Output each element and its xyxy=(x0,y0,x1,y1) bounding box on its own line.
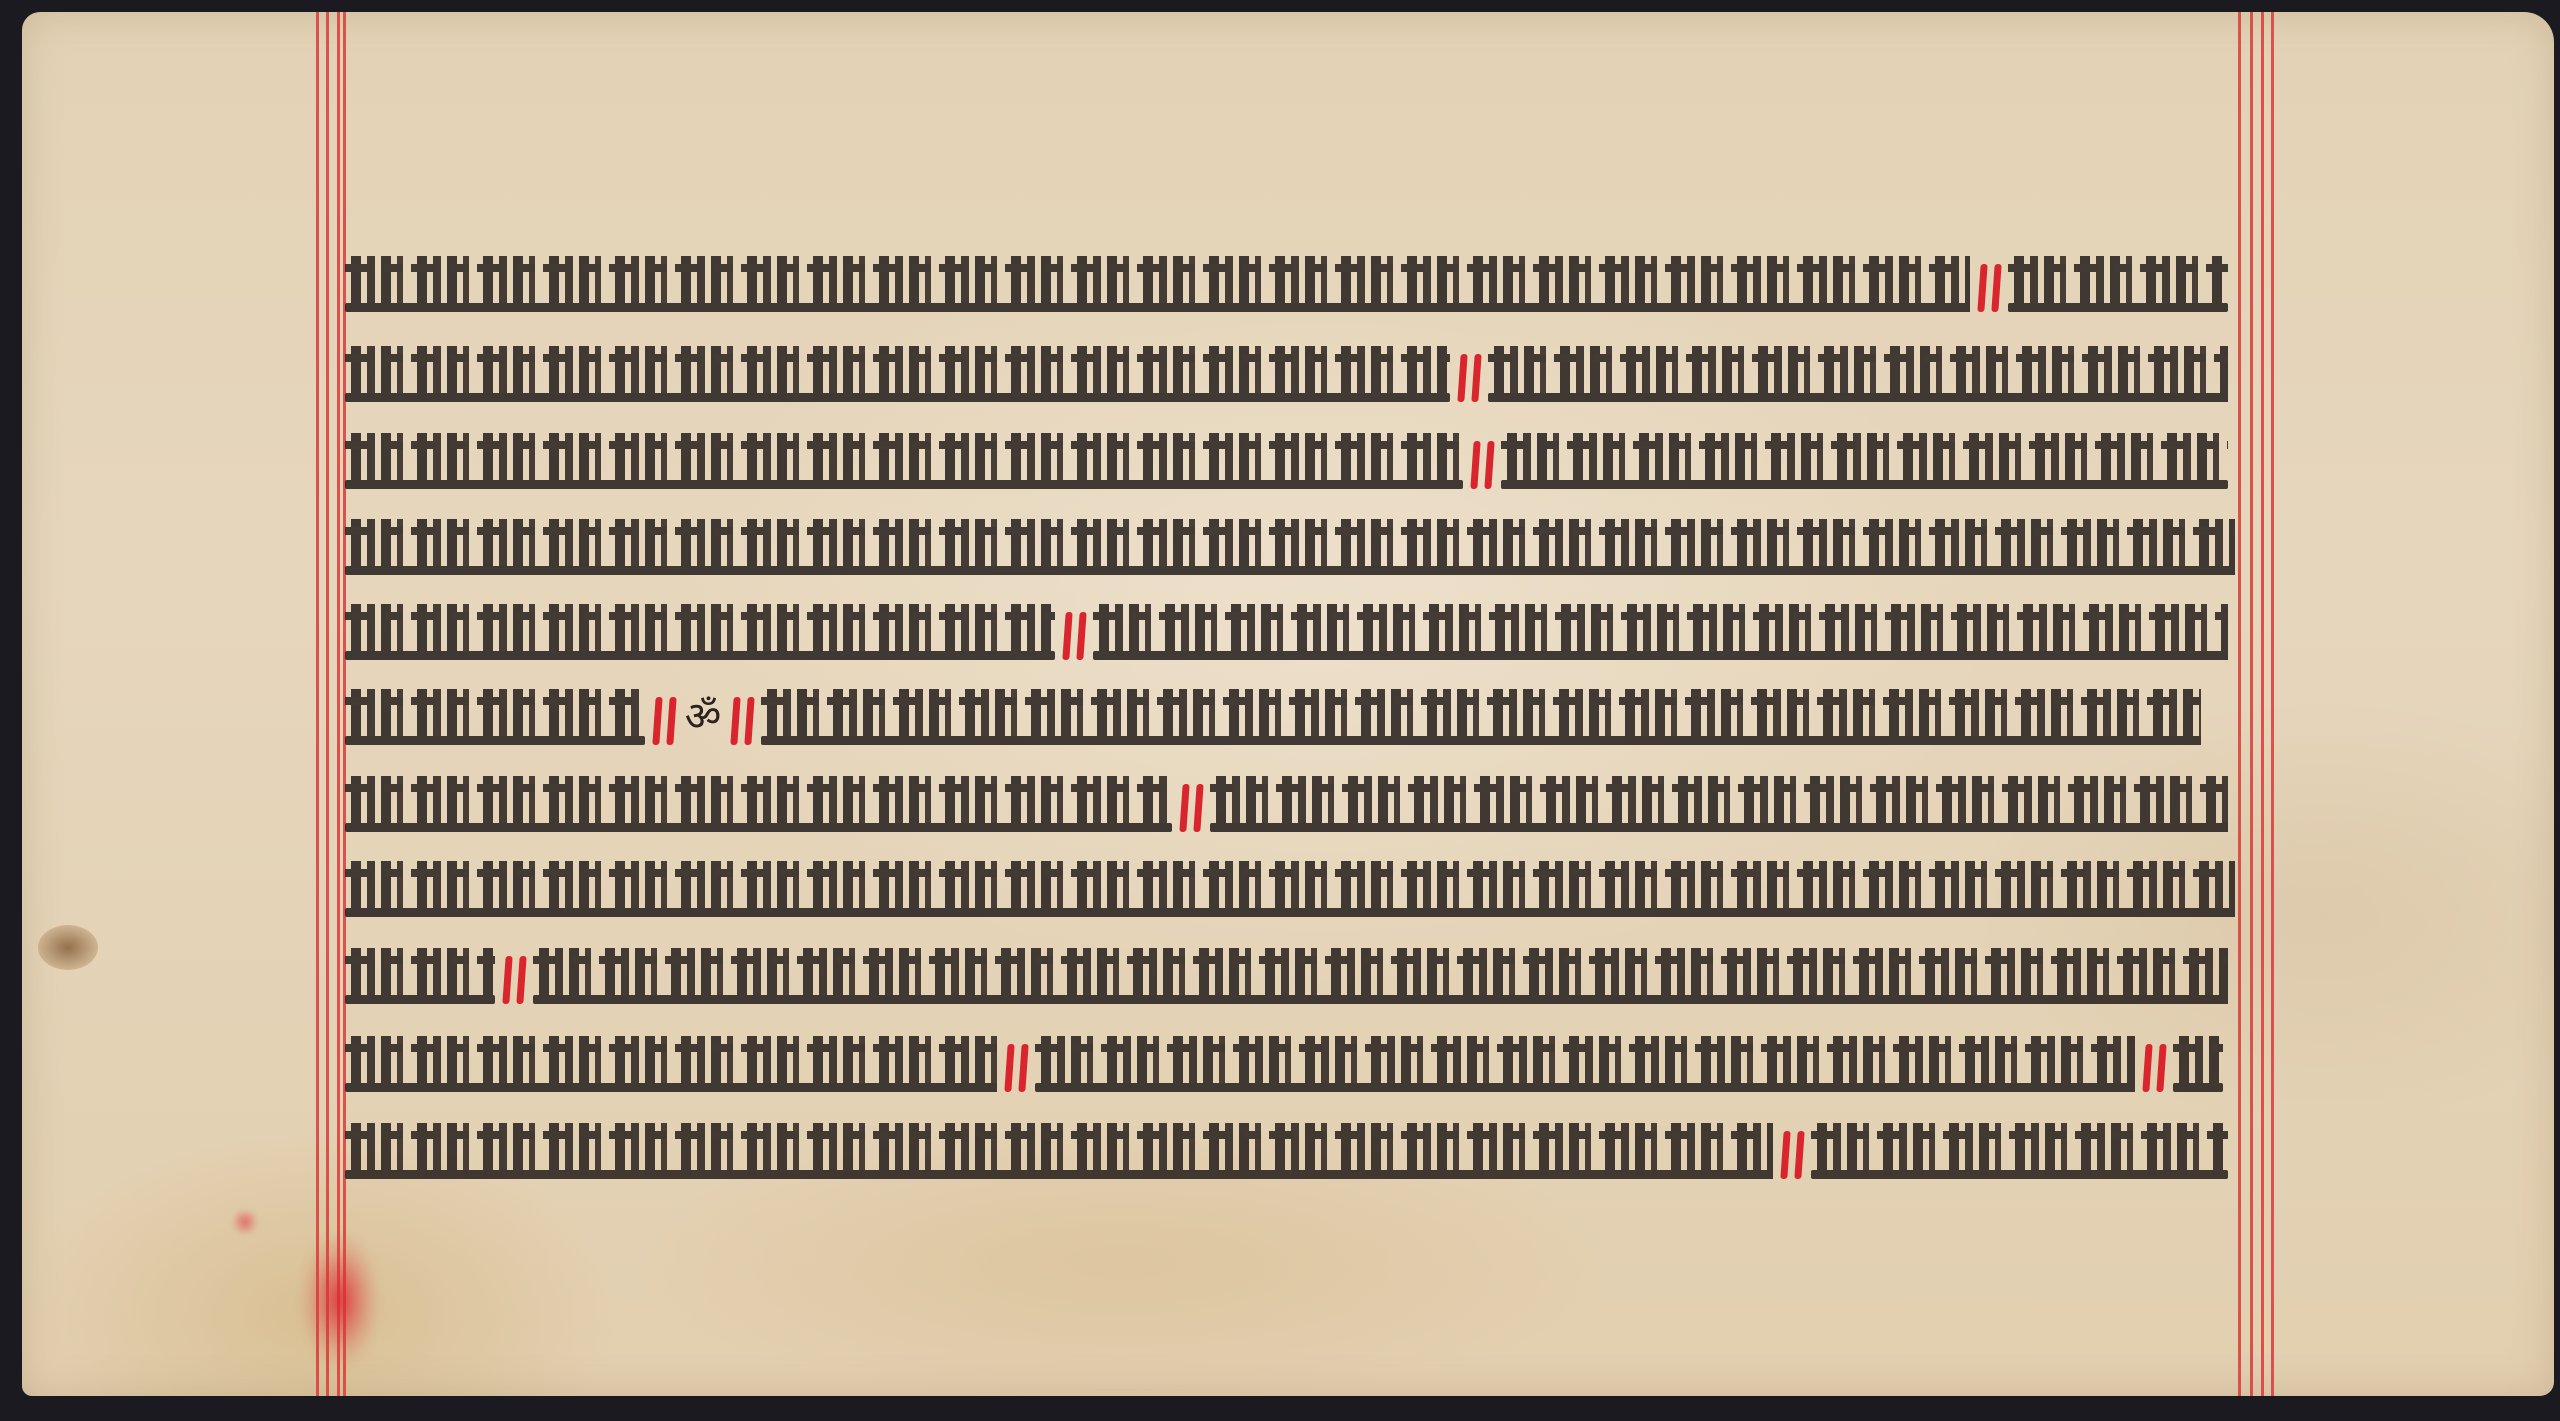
script-line xyxy=(345,598,2235,660)
margin-rule-line xyxy=(337,12,340,1396)
red-double-danda xyxy=(651,689,677,745)
script-line xyxy=(345,427,2235,489)
script-ink-run xyxy=(345,427,1463,489)
script-ink-run xyxy=(2008,250,2228,312)
red-ink-spot xyxy=(230,1210,260,1234)
red-double-danda xyxy=(1779,1123,1805,1179)
script-ink-run xyxy=(1210,770,2228,832)
script-ink-run xyxy=(345,1030,997,1092)
red-double-danda xyxy=(1178,776,1204,832)
script-line xyxy=(345,513,2235,575)
margin-rule-line xyxy=(2250,12,2253,1396)
script-line xyxy=(345,340,2235,402)
margin-rule-line xyxy=(316,12,319,1396)
red-ink-smudge xyxy=(295,1230,385,1380)
script-ink-run xyxy=(345,855,2235,917)
red-double-danda xyxy=(1061,604,1087,660)
red-double-danda xyxy=(729,689,755,745)
script-ink-run xyxy=(345,250,1970,312)
script-ink-run xyxy=(1488,340,2228,402)
script-ink-run xyxy=(533,942,2228,1004)
red-double-danda xyxy=(1469,433,1495,489)
script-ink-run xyxy=(345,1117,1773,1179)
om-symbol: ॐ xyxy=(683,689,723,745)
script-line xyxy=(345,770,2235,832)
margin-rule-line xyxy=(2271,12,2274,1396)
script-line xyxy=(345,250,2235,312)
script-ink-run xyxy=(345,598,1055,660)
script-ink-run xyxy=(345,340,1450,402)
script-ink-run xyxy=(761,683,2201,745)
red-double-danda xyxy=(1003,1036,1029,1092)
script-ink-run xyxy=(1811,1117,2228,1179)
script-line xyxy=(345,855,2235,917)
script-ink-run xyxy=(345,683,645,745)
script-ink-run xyxy=(2173,1030,2223,1092)
script-ink-run xyxy=(1501,427,2228,489)
red-double-danda xyxy=(1976,256,2002,312)
margin-rule-line xyxy=(2238,12,2241,1396)
script-line xyxy=(345,1117,2235,1179)
edge-stain xyxy=(38,925,98,970)
script-line xyxy=(345,942,2235,1004)
script-ink-run xyxy=(345,513,2235,575)
red-double-danda xyxy=(501,948,527,1004)
script-ink-run xyxy=(345,770,1172,832)
red-double-danda xyxy=(2141,1036,2167,1092)
script-ink-run xyxy=(1035,1030,2135,1092)
script-ink-run xyxy=(1093,598,2228,660)
red-double-danda xyxy=(1456,346,1482,402)
script-line xyxy=(345,1030,2235,1092)
script-line: ॐ xyxy=(345,683,2235,745)
margin-rule-line xyxy=(326,12,329,1396)
margin-rule-line xyxy=(2261,12,2264,1396)
script-ink-run xyxy=(345,942,495,1004)
